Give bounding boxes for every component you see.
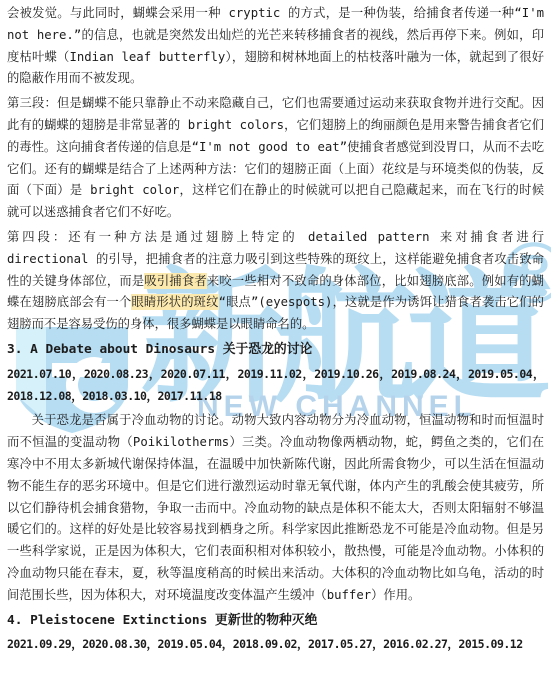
- section-4-dates: 2021.09.29，2020.08.30，2019.05.04，2018.09…: [7, 634, 544, 656]
- section-3-heading: 3. A Debate about Dinosaurs 关于恐龙的讨论: [7, 339, 544, 361]
- document-content: 会被发觉。与此同时，蝴蝶会采用一种 cryptic 的方式，是一种伪装，给捕食者…: [0, 0, 551, 656]
- document-page: 新航道 NEW CHANNEL ® 会被发觉。与此同时，蝴蝶会采用一种 cryp…: [0, 0, 551, 689]
- highlight-span-eye-pattern: 眼睛形状的斑纹: [131, 294, 218, 310]
- paragraph-butterfly-camouflage: 会被发觉。与此同时，蝴蝶会采用一种 cryptic 的方式，是一种伪装，给捕食者…: [7, 3, 544, 90]
- section-3-dates: 2021.07.10，2020.08.23，2020.07.11，2019.11…: [7, 364, 544, 408]
- section-4-heading: 4. Pleistocene Extinctions 更新世的物种灭绝: [7, 610, 544, 632]
- paragraph-four-eyespots: 第四段：还有一种方法是通过翅膀上特定的 detailed pattern 来对捕…: [7, 227, 544, 336]
- paragraph-dinosaur-debate: 关于恐龙是否属于冷血动物的讨论。动物大致内容动物分为冷血动物，恒温动物和时而恒温…: [7, 410, 544, 606]
- paragraph-three-bright-colors: 第三段：但是蝴蝶不能只靠静止不动来隐藏自己，它们也需要通过运动来获取食物并进行交…: [7, 93, 544, 224]
- highlight-span-attract-predator: 吸引捕食者: [144, 273, 206, 289]
